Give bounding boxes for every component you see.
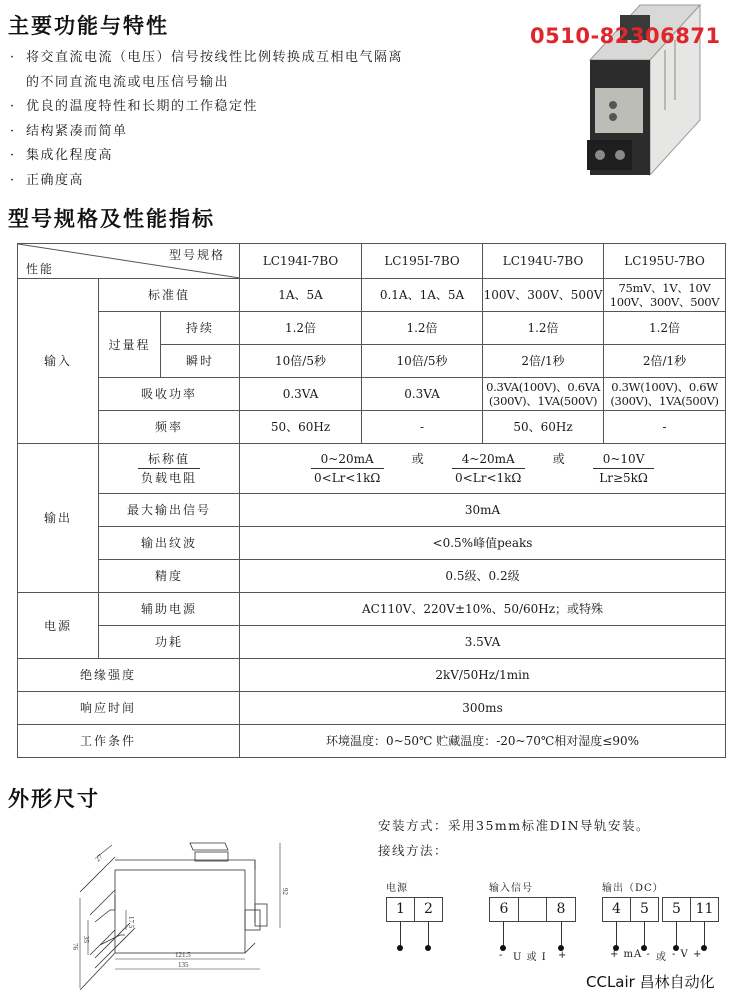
row-label: 过量程	[99, 312, 161, 378]
row-label: 频率	[99, 411, 240, 444]
row-label: 最大输出信号	[99, 494, 240, 527]
row-label: 输出纹波	[99, 527, 240, 560]
feature-item: ·结构紧凑而简单	[10, 120, 460, 145]
output-options: 0~20mA0<Lr<1kΩ或4~20mA0<Lr<1kΩ或0~10VLr≥5k…	[240, 444, 726, 494]
dim-121-5: 121.5	[175, 951, 191, 959]
terminal: 1	[386, 897, 415, 922]
mounting-method: 安装方式：采用35mm标准DIN导轨安装。	[378, 813, 650, 838]
table-row: 输出纹波 <0.5%峰值peaks	[18, 527, 726, 560]
feature-item: ·集成化程度高	[10, 144, 460, 169]
features-list: ·将交直流电流（电压）信号按线性比例转换成互相电气隔离 的不同直流电流或电压信号…	[10, 46, 460, 193]
brand-logo: CCLair 昌林自动化	[586, 971, 715, 992]
svg-text:92: 92	[281, 888, 289, 896]
table-row: 输出 标称值负载电阻 0~20mA0<Lr<1kΩ或4~20mA0<Lr<1kΩ…	[18, 444, 726, 494]
terminal: 6	[489, 897, 519, 922]
row-label: 吸收功率	[99, 378, 240, 411]
mounting-info: 安装方式：采用35mm标准DIN导轨安装。 接线方法：	[378, 813, 650, 863]
svg-text:76: 76	[71, 943, 79, 951]
phone-number: 0510-82306871	[530, 24, 721, 48]
dimensions-title: 外形尺寸	[8, 783, 100, 813]
table-row: 功耗 3.5VA	[18, 626, 726, 659]
terminal: 11	[690, 897, 719, 922]
table-row: 频率 50、60Hz - 50、60Hz -	[18, 411, 726, 444]
row-label: 绝缘强度	[18, 659, 240, 692]
row-label: 精度	[99, 560, 240, 593]
table-header-row: 型号规格 性能 LC194I-7BO LC195I-7BO LC194U-7BO…	[18, 244, 726, 279]
row-sublabel: 持续	[161, 312, 240, 345]
model-header: LC195I-7BO	[362, 244, 483, 279]
row-label: 辅助电源	[99, 593, 240, 626]
terminal: 8	[546, 897, 576, 922]
wiring-power: 电源 1 2	[386, 880, 442, 922]
feature-item: ·正确度高	[10, 169, 460, 194]
table-row: 输入 标准值 1A、5A 0.1A、1A、5A 100V、300V、500V 7…	[18, 279, 726, 312]
spec-table: 型号规格 性能 LC194I-7BO LC195I-7BO LC194U-7BO…	[17, 243, 726, 758]
terminal: 5	[662, 897, 691, 922]
row-label: 响应时间	[18, 692, 240, 725]
table-row: 工作条件 环境温度：0~50℃ 贮藏温度：-20~70℃相对湿度≤90%	[18, 725, 726, 758]
group-supply: 电源	[18, 593, 99, 659]
table-row: 电源 辅助电源 AC110V、220V±10%、50/60Hz；或特殊	[18, 593, 726, 626]
features-title: 主要功能与特性	[8, 10, 169, 40]
dimension-drawing: 121.5 135 92 76 35 17.5 27	[60, 840, 300, 994]
wiring-diagram: 电源 1 2 输入信号 6 8 - U 或 I + 输出（DC） 4 5 5 1…	[378, 880, 750, 970]
table-corner-cell: 型号规格 性能	[18, 244, 240, 279]
row-label: 标称值负载电阻	[99, 444, 240, 494]
svg-text:27: 27	[94, 852, 105, 863]
feature-item: ·优良的温度特性和长期的工作稳定性	[10, 95, 460, 120]
group-input: 输入	[18, 279, 99, 444]
model-header: LC194U-7BO	[483, 244, 604, 279]
wiring-input: 输入信号 6 8	[489, 880, 575, 922]
svg-text:17.5: 17.5	[127, 916, 135, 929]
terminal: 5	[630, 897, 659, 922]
table-row: 响应时间 300ms	[18, 692, 726, 725]
table-row: 过量程 持续 1.2倍 1.2倍 1.2倍 1.2倍	[18, 312, 726, 345]
feature-item-continued: 的不同直流电流或电压信号输出	[10, 71, 460, 96]
terminal	[518, 897, 547, 922]
table-row: 绝缘强度 2kV/50Hz/1min	[18, 659, 726, 692]
corner-model-label: 型号规格	[169, 248, 225, 262]
table-row: 精度 0.5级、0.2级	[18, 560, 726, 593]
row-label: 标准值	[99, 279, 240, 312]
dim-135: 135	[178, 961, 189, 969]
model-header: LC194I-7BO	[240, 244, 362, 279]
specs-title: 型号规格及性能指标	[8, 203, 215, 233]
table-row: 吸收功率 0.3VA 0.3VA 0.3VA(100V)、0.6VA(300V)…	[18, 378, 726, 411]
terminal: 4	[602, 897, 631, 922]
group-output: 输出	[18, 444, 99, 593]
wiring-method-label: 接线方法：	[378, 838, 650, 863]
svg-text:35: 35	[82, 936, 90, 944]
corner-performance-label: 性能	[26, 262, 54, 276]
model-header: LC195U-7BO	[604, 244, 726, 279]
table-row: 最大输出信号 30mA	[18, 494, 726, 527]
wiring-output: 输出（DC） 4 5 5 11	[602, 880, 718, 922]
feature-item: ·将交直流电流（电压）信号按线性比例转换成互相电气隔离	[10, 46, 460, 71]
row-sublabel: 瞬时	[161, 345, 240, 378]
row-label: 功耗	[99, 626, 240, 659]
row-label: 工作条件	[18, 725, 240, 758]
terminal: 2	[414, 897, 443, 922]
